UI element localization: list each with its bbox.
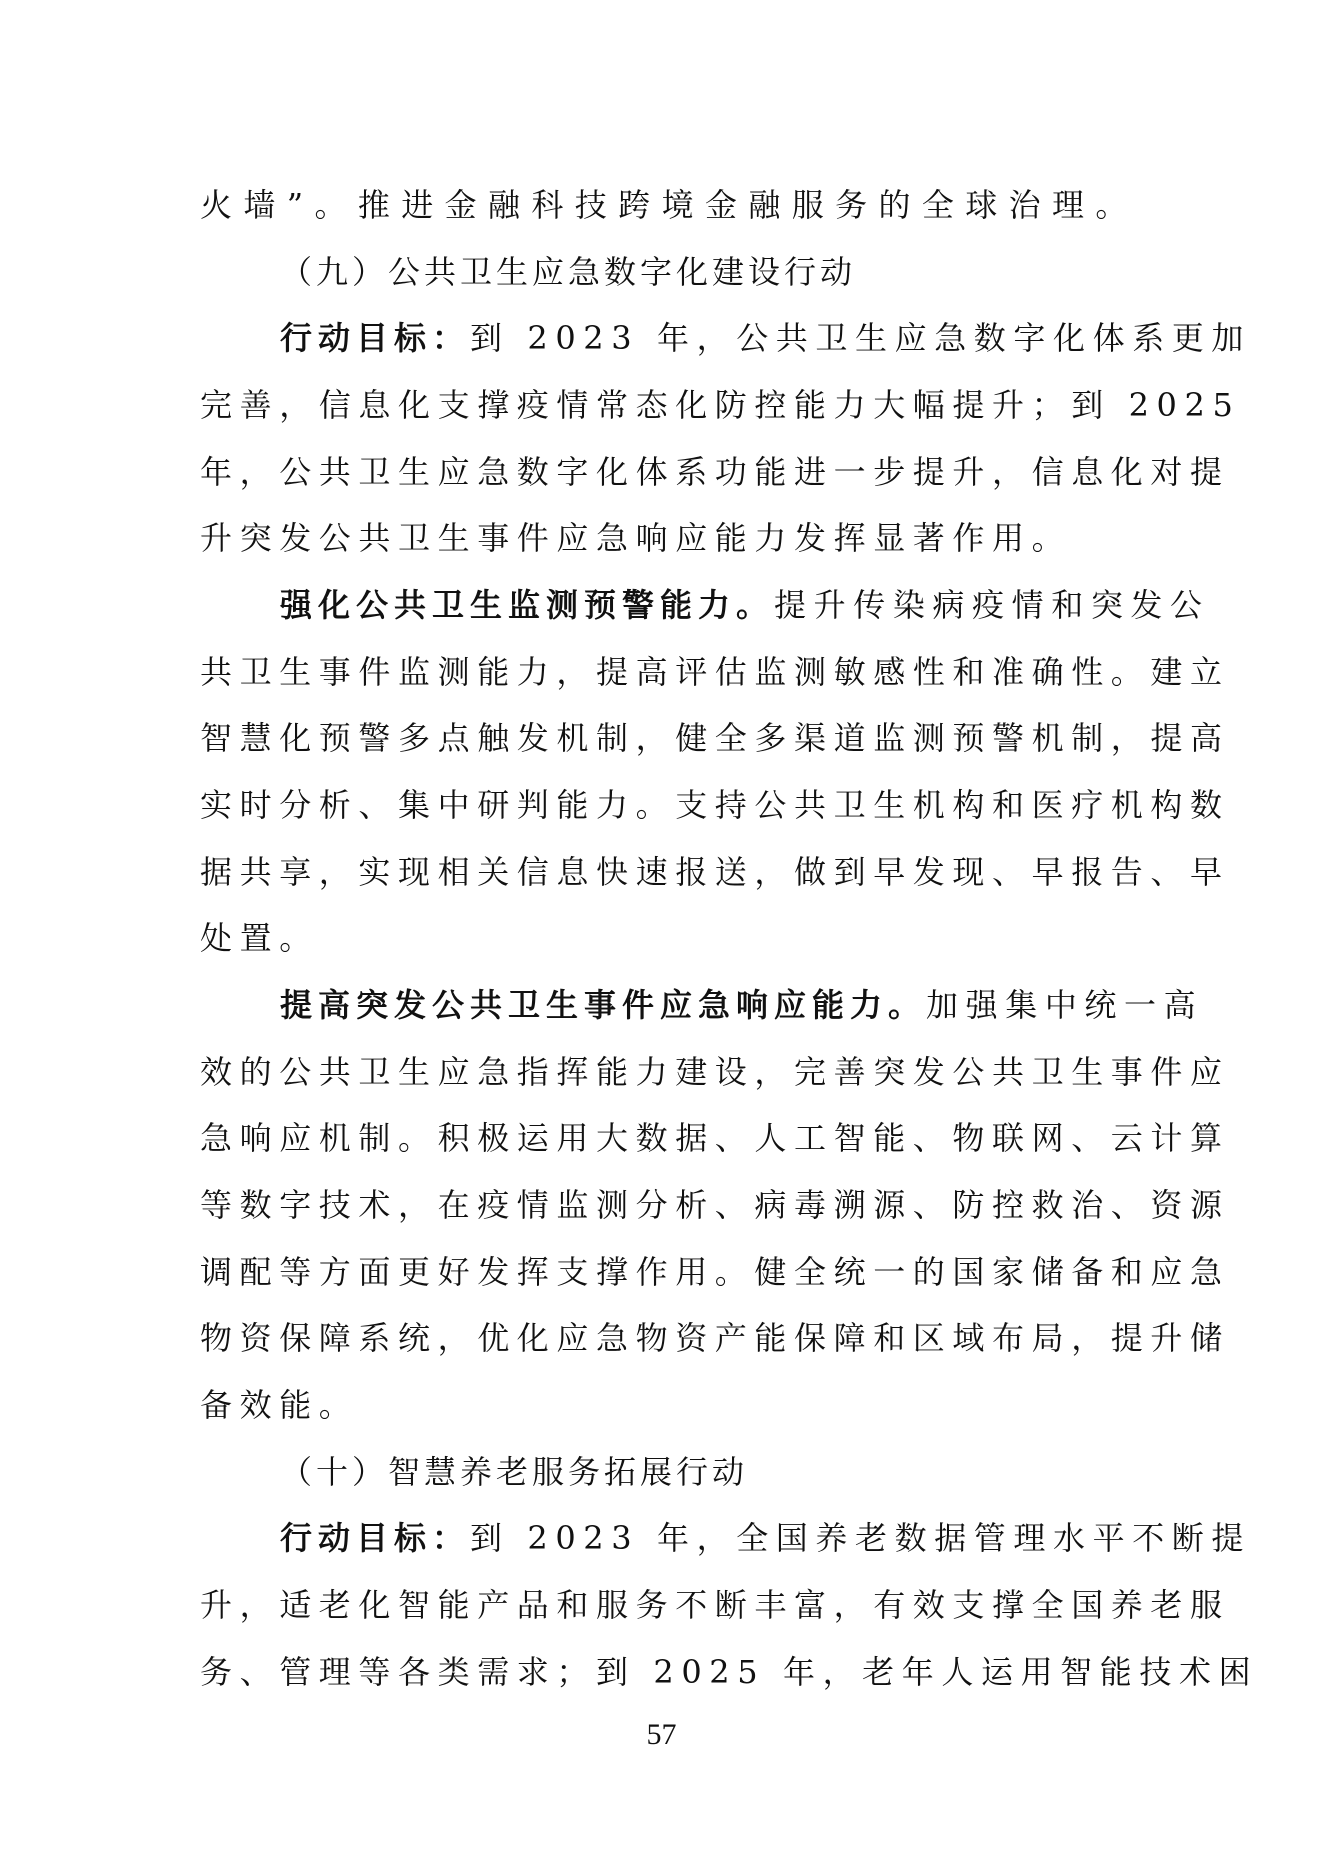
paragraph-line: 备效能。 <box>200 1372 1135 1438</box>
paragraph-line: 处置。 <box>200 905 1135 971</box>
item-label: 提高突发公共卫生事件应急响应能力。 <box>280 986 926 1024</box>
item-text: 加强集中统一高 <box>926 986 1203 1024</box>
goal-text: 到 2023 年，公共卫生应急数字化体系更加 <box>470 319 1251 357</box>
section-9-heading: （九）公共卫生应急数字化建设行动 <box>280 239 856 305</box>
document-page: 火墙”。推进金融科技跨境金融服务的全球治理。 （九）公共卫生应急数字化建设行动 … <box>0 0 1323 1871</box>
paragraph-line: 效的公共卫生应急指挥能力建设，完善突发公共卫生事件应 <box>200 1039 1135 1105</box>
paragraph-line: 急响应机制。积极运用大数据、人工智能、物联网、云计算 <box>200 1105 1135 1171</box>
goal-label: 行动目标： <box>280 1519 470 1557</box>
paragraph-line: 调配等方面更好发挥支撑作用。健全统一的国家储备和应急 <box>200 1239 1135 1305</box>
item-label: 强化公共卫生监测预警能力。 <box>280 586 774 624</box>
paragraph-line: 年，公共卫生应急数字化体系功能进一步提升，信息化对提 <box>200 439 1135 505</box>
goal-text: 到 2023 年，全国养老数据管理水平不断提 <box>470 1519 1251 1557</box>
paragraph-line: 务、管理等各类需求；到 2025 年，老年人运用智能技术困 <box>200 1639 1135 1705</box>
paragraph-line: 物资保障系统，优化应急物资产能保障和区域布局，提升储 <box>200 1305 1135 1371</box>
section-10-heading: （十）智慧养老服务拓展行动 <box>280 1439 748 1505</box>
paragraph-line: 等数字技术，在疫情监测分析、病毒溯源、防控救治、资源 <box>200 1172 1135 1238</box>
section-10-goal-line: 行动目标：到 2023 年，全国养老数据管理水平不断提 <box>280 1505 1135 1571</box>
item-response-line: 提高突发公共卫生事件应急响应能力。加强集中统一高 <box>280 972 1135 1038</box>
paragraph-line: 据共享，实现相关信息快速报送，做到早发现、早报告、早 <box>200 839 1135 905</box>
paragraph-line: 升，适老化智能产品和服务不断丰富，有效支撑全国养老服 <box>200 1572 1135 1638</box>
section-9-goal-line: 行动目标：到 2023 年，公共卫生应急数字化体系更加 <box>280 305 1135 371</box>
paragraph-line: 完善，信息化支撑疫情常态化防控能力大幅提升；到 2025 <box>200 372 1135 438</box>
paragraph-line: 智慧化预警多点触发机制，健全多渠道监测预警机制，提高 <box>200 705 1135 771</box>
item-monitoring-line: 强化公共卫生监测预警能力。提升传染病疫情和突发公 <box>280 572 1135 638</box>
page-number: 57 <box>0 1718 1323 1752</box>
paragraph-line: 火墙”。推进金融科技跨境金融服务的全球治理。 <box>200 172 1135 238</box>
goal-label: 行动目标： <box>280 319 470 357</box>
item-text: 提升传染病疫情和突发公 <box>774 586 1210 624</box>
paragraph-line: 升突发公共卫生事件应急响应能力发挥显著作用。 <box>200 505 1135 571</box>
paragraph-line: 实时分析、集中研判能力。支持公共卫生机构和医疗机构数 <box>200 772 1135 838</box>
paragraph-line: 共卫生事件监测能力，提高评估监测敏感性和准确性。建立 <box>200 639 1135 705</box>
